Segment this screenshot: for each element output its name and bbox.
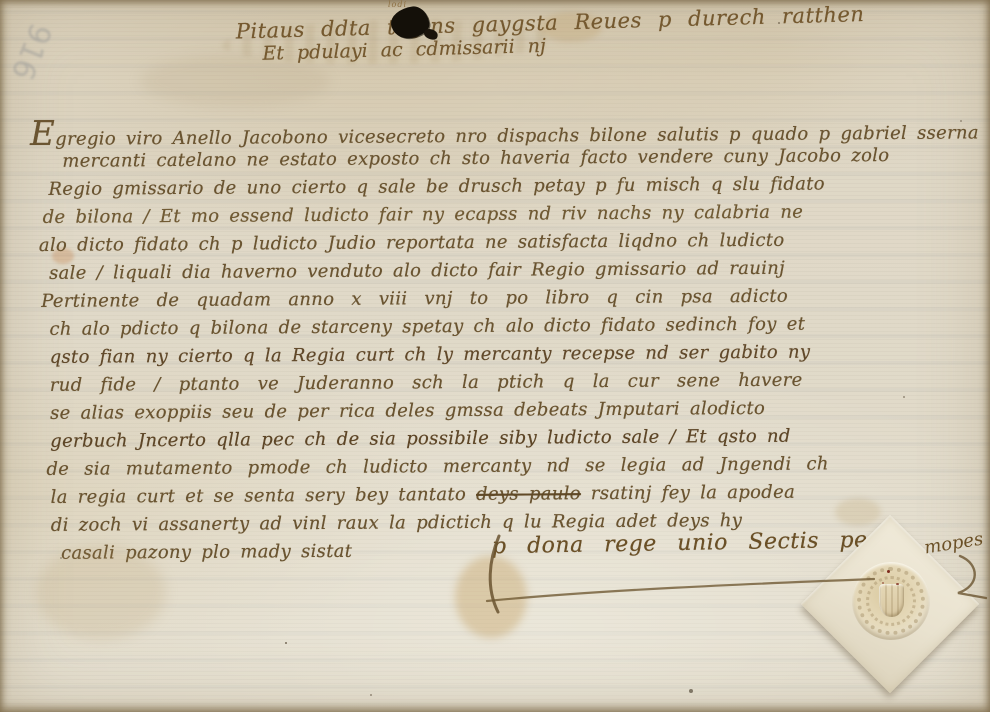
papered-wax-seal — [827, 541, 953, 667]
foxing-specks — [285, 642, 287, 644]
paper-stain — [455, 556, 527, 638]
wax-speck — [887, 570, 890, 573]
body-line-post: rsatinj fey la apodea — [581, 482, 795, 504]
address-header: Pitaus ddta togins gaygsta Reues p durec… — [235, 4, 776, 65]
letter-body: Egregio viro Anello Jacobono vicesecreto… — [30, 113, 968, 568]
wax-speck — [882, 582, 884, 584]
archival-number-pencil: 916 — [4, 18, 58, 84]
struck-out-words: deys paulo — [476, 483, 581, 505]
body-line-pre: la regia curt et se senta sery bey tanta… — [51, 484, 477, 508]
seal-coat-of-arms — [879, 584, 904, 617]
embossed-seal-impression — [852, 562, 930, 640]
manuscript-page: 916 Pitaus ddta togins gaygsta Reues p d… — [0, 0, 990, 712]
wax-speck — [896, 583, 899, 585]
